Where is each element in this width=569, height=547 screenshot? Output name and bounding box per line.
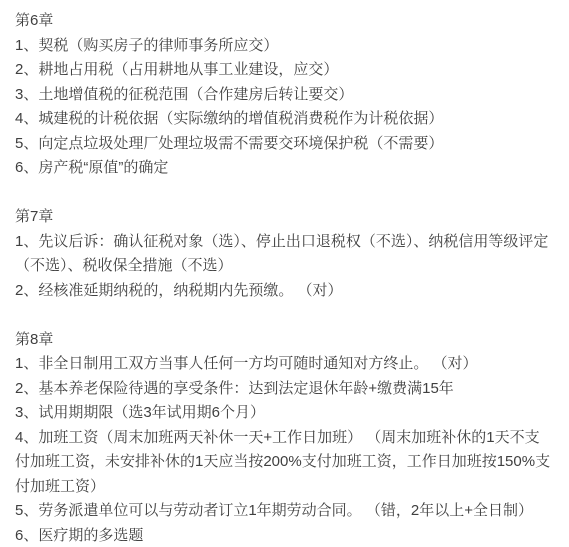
list-item: 4、城建税的计税依据（实际缴纳的增值税消费税作为计税依据） [15, 107, 553, 132]
section-heading: 第8章 [15, 328, 553, 353]
chapter-7-section: 第7章 1、先议后诉：确认征税对象（选）、停止出口退税权（不选）、纳税信用等级评… [15, 205, 553, 303]
list-item: 5、向定点垃圾处理厂处理垃圾需不需要交环境保护税（不需要） [15, 132, 553, 157]
list-item: 4、加班工资（周末加班两天补休一天+工作日加班） （周末加班补休的1天不支付加班… [15, 426, 553, 500]
list-item: 6、医疗期的多选题 [15, 524, 553, 547]
list-item: 5、劳务派遣单位可以与劳动者订立1年期劳动合同。 （错，2年以上+全日制） [15, 499, 553, 524]
list-item: 3、土地增值税的征税范围（合作建房后转让要交） [15, 83, 553, 108]
section-heading: 第6章 [15, 9, 553, 34]
section-heading: 第7章 [15, 205, 553, 230]
chapter-6-section: 第6章 1、契税（购买房子的律师事务所应交） 2、耕地占用税（占用耕地从事工业建… [15, 9, 553, 181]
list-item: 1、契税（购买房子的律师事务所应交） [15, 34, 553, 59]
list-item: 6、房产税“原值”的确定 [15, 156, 553, 181]
list-item: 3、试用期期限（选3年试用期6个月） [15, 401, 553, 426]
list-item: 2、耕地占用税（占用耕地从事工业建设，应交） [15, 58, 553, 83]
list-item: 1、先议后诉：确认征税对象（选）、停止出口退税权（不选）、纳税信用等级评定（不选… [15, 230, 553, 279]
list-item: 2、基本养老保险待遇的享受条件：达到法定退休年龄+缴费满15年 [15, 377, 553, 402]
list-item: 1、非全日制用工双方当事人任何一方均可随时通知对方终止。 （对） [15, 352, 553, 377]
list-item: 2、经核准延期纳税的，纳税期内先预缴。 （对） [15, 279, 553, 304]
chapter-8-section: 第8章 1、非全日制用工双方当事人任何一方均可随时通知对方终止。 （对） 2、基… [15, 328, 553, 547]
notes-document: 第6章 1、契税（购买房子的律师事务所应交） 2、耕地占用税（占用耕地从事工业建… [0, 0, 569, 547]
